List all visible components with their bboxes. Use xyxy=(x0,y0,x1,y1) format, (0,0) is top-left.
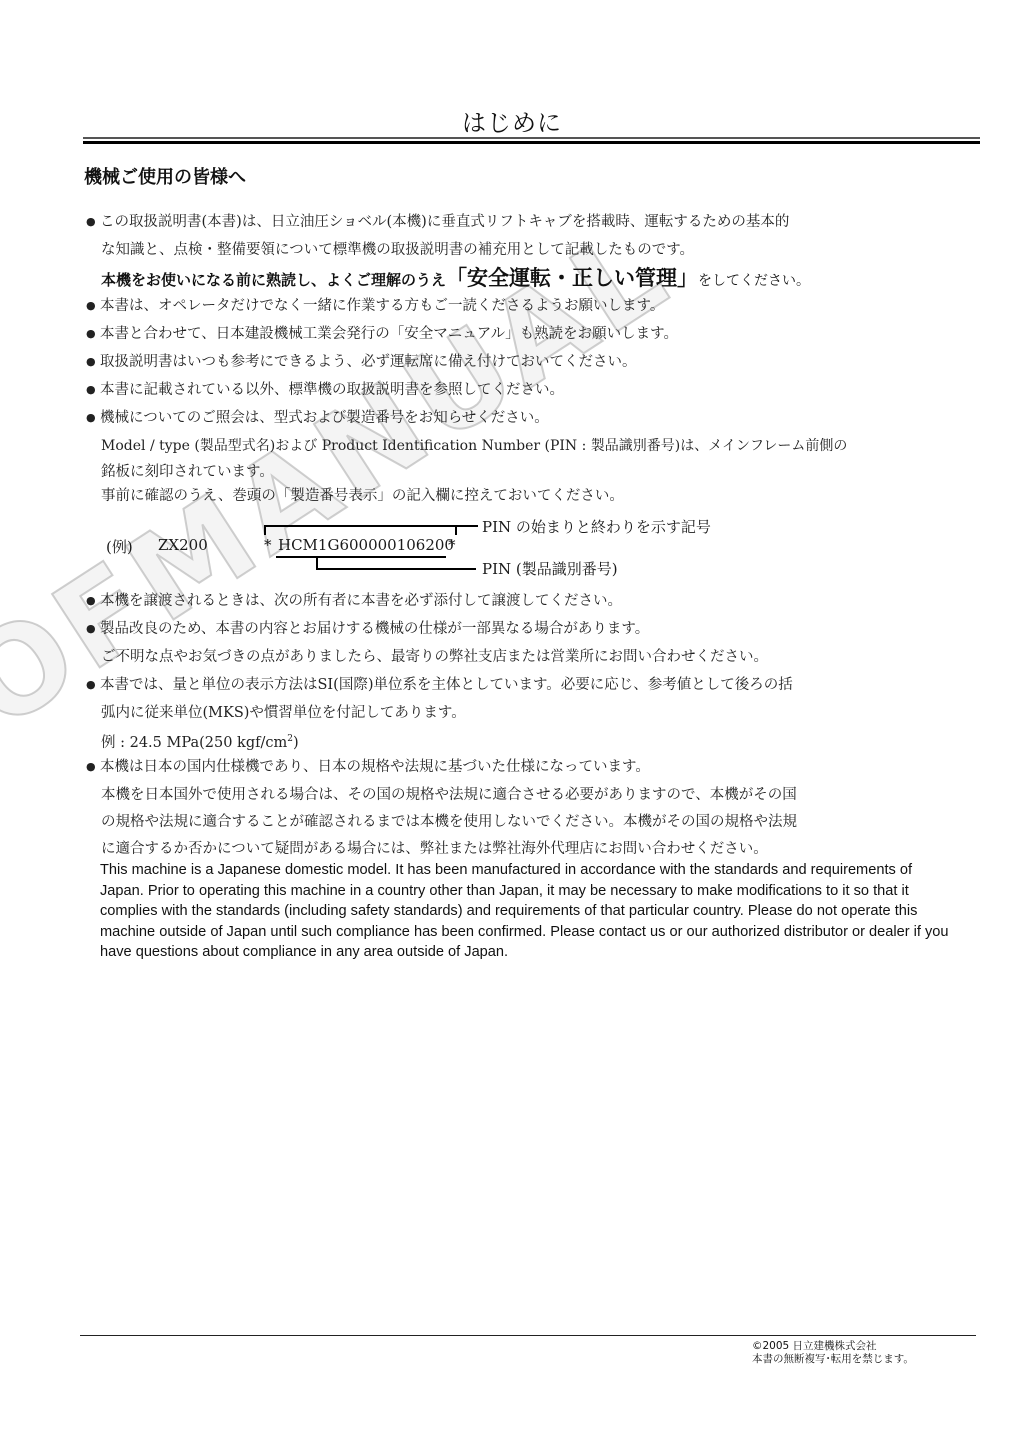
bracket-right xyxy=(455,525,457,535)
pin-underline xyxy=(276,556,446,558)
header-rule-thick xyxy=(83,141,980,144)
bullet-continuation: ご不明な点やお気づきの点がありましたら、最寄りの弊社支店または営業所にお問い合わ… xyxy=(101,643,768,671)
reproduction-notice: 本書の無断複写･転用を禁じます。 xyxy=(752,1353,914,1366)
pin-number: HCM1G600000106200 xyxy=(278,536,454,554)
pin-end-symbol: * xyxy=(448,536,456,554)
bullet-item: ●本書に記載されている以外、標準機の取扱説明書を参照してください。 xyxy=(86,376,564,404)
bullet-item: ●製品改良のため、本書の内容とお届けする機械の仕様が一部異なる場合があります。 xyxy=(86,615,649,643)
bullet-item: ●本書と合わせて、日本建設機械工業会発行の「安全マニュアル」も熟読をお願いします… xyxy=(86,320,678,348)
bullet-continuation: な知識と、点検・整備要領について標準機の取扱説明書の補充用として記載したものです… xyxy=(101,236,694,264)
bullet-icon: ● xyxy=(86,208,100,236)
bullet-item: ●本機を譲渡されるときは、次の所有者に本書を必ず添付して譲渡してください。 xyxy=(86,587,622,615)
bullet-item: ●本書は、オペレータだけでなく一緒に作業する方もご一読くださるようお願いします。 xyxy=(86,292,664,320)
bullet-item: ●この取扱説明書(本書)は、日立油圧ショベル(本機)に垂直式リフトキャブを搭載時… xyxy=(86,208,789,236)
footer: ©2005 日立建機株式会社 本書の無断複写･転用を禁じます。 xyxy=(752,1340,914,1366)
bullet-icon: ● xyxy=(86,587,100,615)
bracket-top xyxy=(264,525,478,527)
bullet-icon: ● xyxy=(86,753,100,781)
pin-example: (例) ZX200 * HCM1G600000106200 * PIN の始まり… xyxy=(0,510,1024,590)
bullet-icon: ● xyxy=(86,376,100,404)
safety-highlight: 「安全運転・正しい管理」 xyxy=(446,266,698,290)
footer-rule xyxy=(80,1335,976,1336)
bullet-icon: ● xyxy=(86,320,100,348)
bullet-icon: ● xyxy=(86,292,100,320)
bullet-item: ●本機は日本の国内仕様機であり、日本の規格や法規に基づいた仕様になっています。 xyxy=(86,753,650,781)
bullet-continuation: の規格や法規に適合することが確認されるまでは本機を使用しないでください。本機がそ… xyxy=(101,808,797,836)
callout-leader xyxy=(316,568,476,570)
callout-symbol: PIN の始まりと終わりを示す記号 xyxy=(482,516,711,537)
english-notice: This machine is a Japanese domestic mode… xyxy=(100,860,950,963)
bullet-icon: ● xyxy=(86,348,100,376)
bullet-item: ●機械についてのご照会は、型式および製造番号をお知らせください。 xyxy=(86,404,549,432)
bullet-continuation: 事前に確認のうえ、巻頭の「製造番号表示」の記入欄に控えておいてください。 xyxy=(101,482,624,510)
bullet-continuation: Model / type (製品型式名)および Product Identifi… xyxy=(101,432,847,460)
bullet-icon: ● xyxy=(86,615,100,643)
bullet-icon: ● xyxy=(86,671,100,699)
model-name: ZX200 xyxy=(158,536,208,554)
bullet-continuation: 弧内に従来単位(MKS)や慣習単位を付記してあります。 xyxy=(101,699,466,727)
bullet-continuation: に適合するか否かについて疑問がある場合には、弊社または弊社海外代理店にお問い合わ… xyxy=(101,835,768,863)
bullet-item: ●取扱説明書はいつも参考にできるよう、必ず運転席に備え付けておいてください。 xyxy=(86,348,637,376)
example-label: (例) xyxy=(106,536,133,557)
section-heading: 機械ご使用の皆様へ xyxy=(84,163,246,189)
bullet-icon: ● xyxy=(86,404,100,432)
header-rule-thin xyxy=(83,137,980,139)
copyright: ©2005 日立建機株式会社 xyxy=(752,1340,914,1353)
pin-start-symbol: * xyxy=(264,536,272,554)
bullet-item: ●本書では、量と単位の表示方法はSI(国際)単位系を主体としています。必要に応じ… xyxy=(86,671,793,699)
bracket-left xyxy=(264,525,266,535)
page-title: はじめに xyxy=(0,103,1024,138)
bullet-continuation: 本機を日本国外で使用される場合は、その国の規格や法規に適合させる必要がありますの… xyxy=(101,781,797,809)
callout-pin: PIN (製品識別番号) xyxy=(482,558,618,579)
safety-emphasis: 本機をお使いになる前に熟読し、よくご理解のうえ「安全運転・正しい管理」をしてくだ… xyxy=(101,262,810,292)
